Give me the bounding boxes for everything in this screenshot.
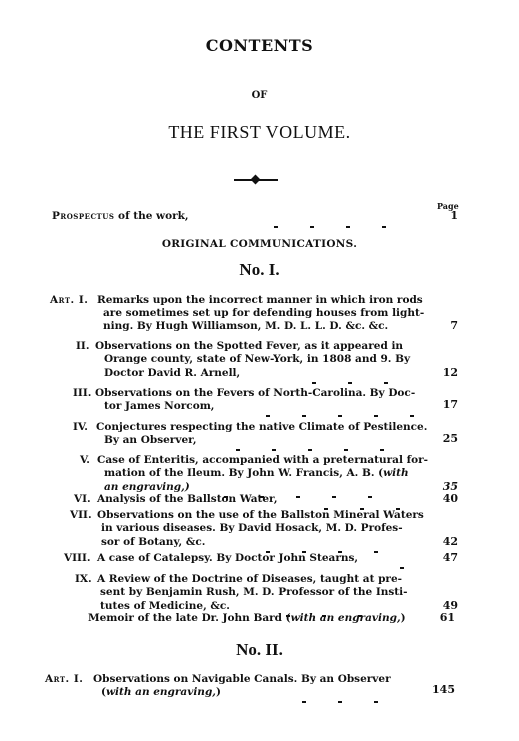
article-line: an engraving,)	[104, 481, 190, 493]
article-line: Observations on the use of the Ballston …	[97, 509, 424, 521]
volume-title: THE FIRST VOLUME.	[0, 122, 519, 143]
article-line: Remarks upon the incorrect manner in whi…	[97, 294, 423, 306]
article-number: II.	[76, 340, 89, 352]
page-number: 145	[425, 683, 455, 696]
article-line: Analysis of the Ballston Water,	[97, 493, 277, 505]
page-number: 42	[428, 535, 458, 548]
issue-heading-2: No. II.	[0, 640, 519, 660]
prospectus-entry: Prospectus of the work,	[52, 210, 189, 222]
page-number: 25	[428, 432, 458, 445]
page-number: 7	[428, 319, 458, 332]
article-line: Observations on the Fevers of North-Caro…	[95, 387, 415, 399]
article-line: A case of Catalepsy. By Doctor John Stea…	[97, 552, 358, 564]
article-number: V.	[80, 454, 90, 466]
article-line: ning. By Hugh Williamson, M. D. L. L. D.…	[103, 320, 388, 332]
article-number: IV.	[73, 421, 88, 433]
article-line: Conjectures respecting the native Climat…	[96, 421, 427, 433]
page-number: 40	[428, 492, 458, 505]
prospectus-rest: of the work,	[114, 210, 188, 222]
article-number: IX.	[75, 573, 92, 585]
title-of: OF	[0, 90, 519, 101]
issue-heading-1: No. I.	[0, 260, 519, 280]
article-line: mation of the Ileum. By John W. Francis,…	[104, 467, 409, 479]
leader-dots	[286, 691, 394, 710]
article-line: A Review of the Doctrine of Diseases, ta…	[97, 573, 402, 585]
page-number: 47	[428, 551, 458, 564]
article-line: tutes of Medicine, &c.	[100, 600, 230, 612]
article-number: VIII.	[64, 552, 91, 564]
article-line: sent by Benjamin Rush, M. D. Professor o…	[100, 586, 408, 598]
leader-dots	[258, 216, 402, 235]
page-number: 17	[428, 398, 458, 411]
article-number: VII.	[70, 509, 92, 521]
ornament-divider-icon	[234, 176, 278, 184]
article-line: Memoir of the late Dr. John Bard (with a…	[88, 612, 406, 624]
article-line: (with an engraving,)	[101, 686, 221, 698]
article-number: Art. I.	[50, 294, 88, 306]
page-number: 61	[425, 611, 455, 624]
section-title: ORIGINAL COMMUNICATIONS.	[0, 238, 519, 250]
article-line: are sometimes set up for defending house…	[103, 307, 424, 319]
article-line: sor of Botany, &c.	[101, 536, 205, 548]
article-line: in various diseases. By David Hosack, M.…	[101, 522, 403, 534]
article-line: Doctor David R. Arnell,	[104, 367, 240, 379]
article-number: III.	[73, 387, 91, 399]
article-line: Case of Enteritis, accompanied with a pr…	[97, 454, 428, 466]
article-line: By an Observer,	[104, 434, 197, 446]
article-line: Observations on Navigable Canals. By an …	[93, 673, 391, 685]
page-number: 12	[428, 366, 458, 379]
contents-title: CONTENTS	[0, 36, 519, 55]
prospectus-label: Prospectus	[52, 210, 114, 222]
article-number: Art. I.	[45, 673, 83, 685]
article-number: VI.	[74, 493, 91, 505]
article-line: tor James Norcom,	[104, 400, 214, 412]
article-line: Observations on the Spotted Fever, as it…	[95, 340, 403, 352]
article-line: Orange county, state of New-York, in 180…	[104, 353, 410, 365]
page-number: 1	[428, 209, 458, 222]
